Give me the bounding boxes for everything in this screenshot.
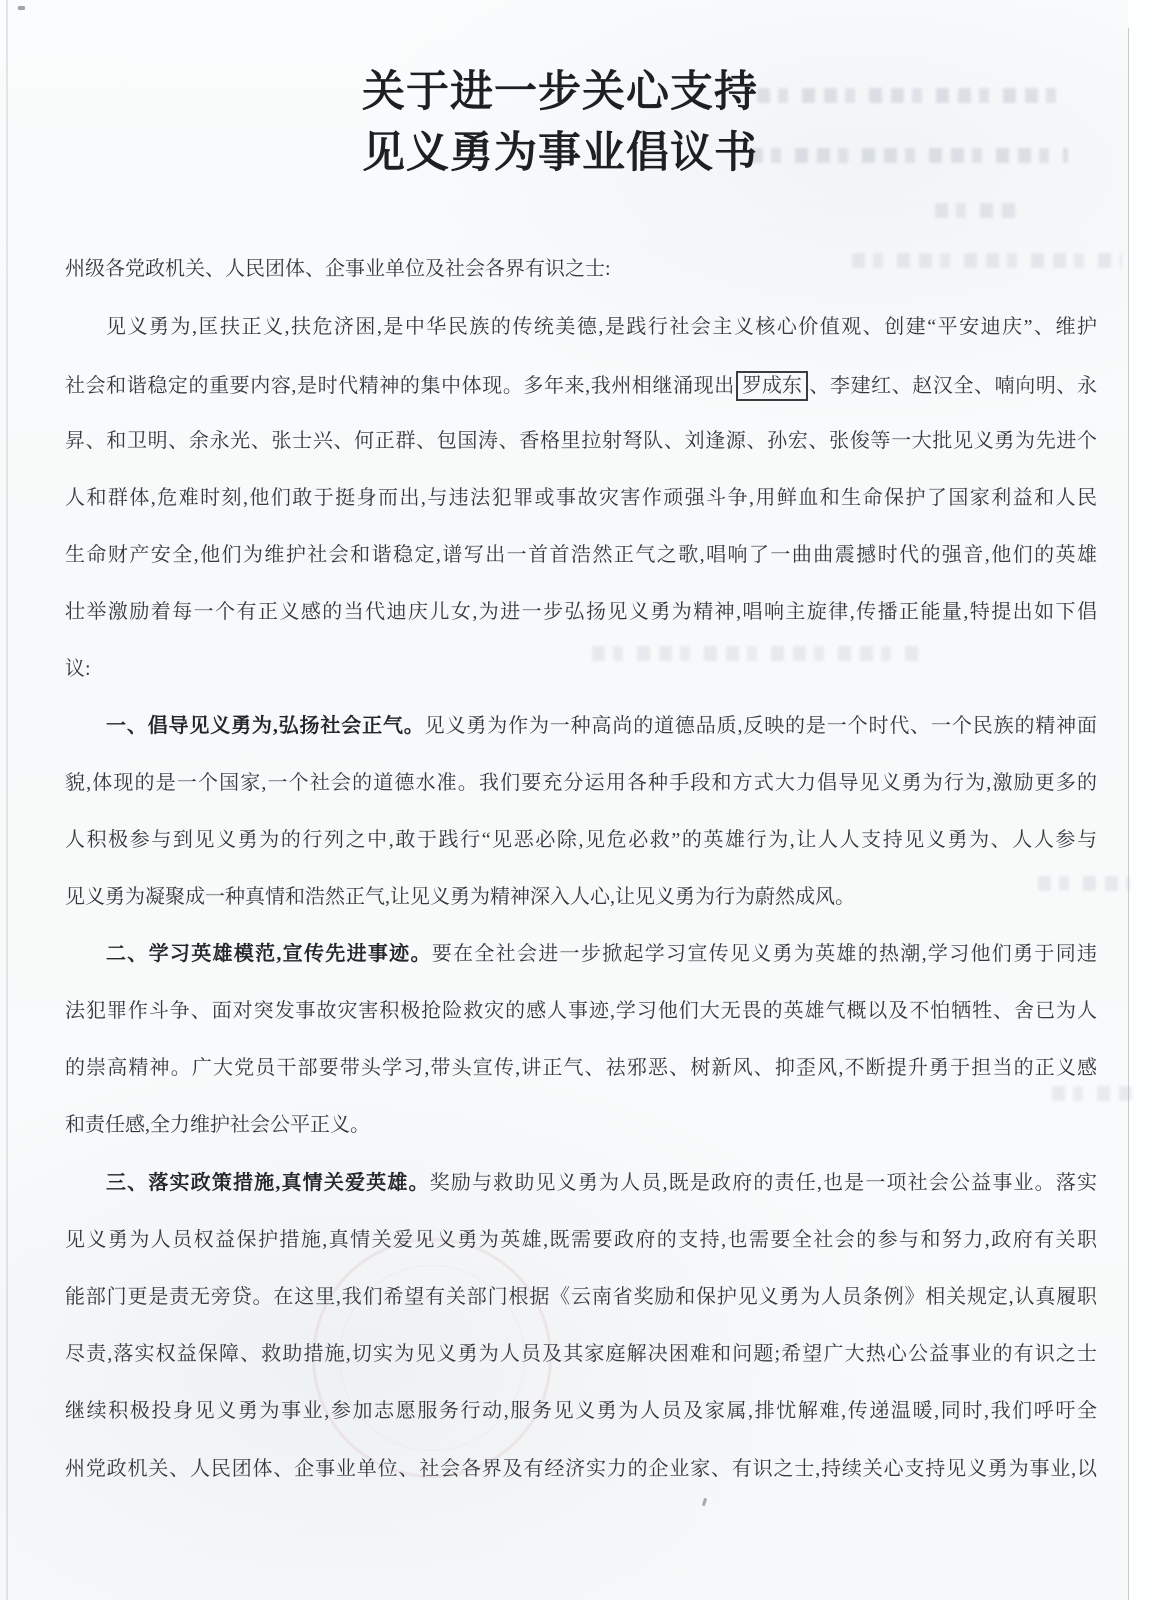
section-2-text: 要在全社会进一步掀起学习宣传见义勇为英雄的热潮,学习他们勇于同违 bbox=[432, 943, 1097, 965]
scan-speck bbox=[18, 6, 25, 10]
text-line-p2-l1: 一、倡导见义勇为,弘扬社会正气。见义勇为作为一种高尚的道德品质,反映的是一个时代… bbox=[65, 713, 1097, 740]
section-heading-2: 二、学习英雄模范,宣传先进事迹。 bbox=[106, 943, 432, 965]
text-line-p2-l2: 貌,体现的是一个国家,一个社会的道德水准。我们要充分运用各种手段和方式大力倡导见… bbox=[65, 770, 1097, 797]
text-line-p2-l4: 见义勇为凝聚成一种真情和浩然正气,让见义勇为精神深入人心,让见义勇为行为蔚然成风… bbox=[65, 884, 1097, 911]
scan-edge-right-zone bbox=[1128, 0, 1153, 1600]
text-line-p4-l6: 州党政机关、人民团体、企事业单位、社会各界及有经济实力的企业家、有识之士,持续关… bbox=[65, 1456, 1097, 1483]
scan-speck bbox=[702, 1498, 707, 1507]
text-line-p1-l5: 生命财产安全,他们为维护社会和谐稳定,谱写出一首首浩然正气之歌,唱响了一曲曲震撼… bbox=[65, 542, 1097, 569]
section-heading-3: 三、落实政策措施,真情关爱英雄。 bbox=[106, 1172, 430, 1194]
text-line-p1-l7: 议: bbox=[65, 656, 1097, 683]
scanned-document-page: 关于进一步关心支持 见义勇为事业倡议书 州级各党政机关、人民团体、企事业单位及社… bbox=[0, 0, 1153, 1600]
text-line-p1-l6: 壮举激励着每一个有正义感的当代迪庆儿女,为进一步弘扬见义勇为精神,唱响主旋律,传… bbox=[65, 599, 1097, 626]
text-line-p4-l5: 继续积极投身见义勇为事业,参加志愿服务行动,服务见义勇为人员及家属,排忧解难,传… bbox=[65, 1398, 1097, 1425]
text-line-p3-l2: 法犯罪作斗争、面对突发事故灾害积极抢险救灾的感人事迹,学习他们大无畏的英雄气概以… bbox=[65, 998, 1097, 1025]
bleed-through-artifact bbox=[1052, 1086, 1132, 1101]
section-heading-1: 一、倡导见义勇为,弘扬社会正气。 bbox=[106, 715, 425, 737]
text-line-p4-l4: 尽责,落实权益保障、救助措施,切实为见义勇为人员及其家庭解决困难和问题;希望广大… bbox=[65, 1341, 1097, 1368]
document-title-line-2: 见义勇为事业倡议书 bbox=[60, 123, 1060, 184]
text-before-boxed-name: 社会和谐稳定的重要内容,是时代精神的集中体现。多年来,我州相继涌现出 bbox=[65, 375, 735, 397]
scan-edge-right-line bbox=[1128, 28, 1129, 1600]
text-line-p4-l2: 见义勇为人员权益保护措施,真情关爱见义勇为英雄,既需要政府的支持,也需要全社会的… bbox=[65, 1227, 1097, 1254]
bleed-through-artifact bbox=[935, 203, 1017, 218]
text-line-p1-l2: 社会和谐稳定的重要内容,是时代精神的集中体现。多年来,我州相继涌现出罗成东、李建… bbox=[65, 371, 1097, 401]
text-line-p1-l3: 昇、和卫明、余永光、张士兴、何正群、包国涛、香格里拉射弩队、刘逢源、孙宏、张俊等… bbox=[65, 428, 1097, 455]
document-title-line-1: 关于进一步关心支持 bbox=[60, 62, 1060, 123]
text-line-p3-l1: 二、学习英雄模范,宣传先进事迹。要在全社会进一步掀起学习宣传见义勇为英雄的热潮,… bbox=[65, 941, 1097, 968]
text-after-boxed-name: 、李建红、赵汉全、喃向明、永 bbox=[809, 375, 1097, 397]
salutation-line: 州级各党政机关、人民团体、企事业单位及社会各界有识之士: bbox=[65, 256, 1097, 283]
text-line-p1-l4: 人和群体,危难时刻,他们敢于挺身而出,与违法犯罪或事故灾害作顽强斗争,用鲜血和生… bbox=[65, 485, 1097, 512]
section-3-text: 奖励与救助见义勇为人员,既是政府的责任,也是一项社会公益事业。落实 bbox=[430, 1172, 1097, 1194]
text-line-p1-l1: 见义勇为,匡扶正义,扶危济困,是中华民族的传统美德,是践行社会主义核心价值观、创… bbox=[65, 314, 1097, 341]
text-line-p4-l3: 能部门更是责无旁贷。在这里,我们希望有关部门根据《云南省奖励和保护见义勇为人员条… bbox=[65, 1284, 1097, 1311]
scan-edge-left-line bbox=[6, 0, 8, 1600]
text-line-p4-l1: 三、落实政策措施,真情关爱英雄。奖励与救助见义勇为人员,既是政府的责任,也是一项… bbox=[65, 1170, 1097, 1197]
text-line-p3-l4: 和责任感,全力维护社会公平正义。 bbox=[65, 1112, 1097, 1139]
text-line-p2-l3: 人积极参与到见义勇为的行列之中,敢于践行“见恶必除,见危必救”的英雄行为,让人人… bbox=[65, 827, 1097, 854]
document-title: 关于进一步关心支持 见义勇为事业倡议书 bbox=[60, 62, 1060, 184]
text-line-p3-l3: 的崇高精神。广大党员干部要带头学习,带头宣传,讲正气、祛邪恶、树新风、抑歪风,不… bbox=[65, 1055, 1097, 1082]
section-1-text: 见义勇为作为一种高尚的道德品质,反映的是一个时代、一个民族的精神面 bbox=[425, 715, 1097, 737]
boxed-name: 罗成东 bbox=[736, 371, 808, 401]
